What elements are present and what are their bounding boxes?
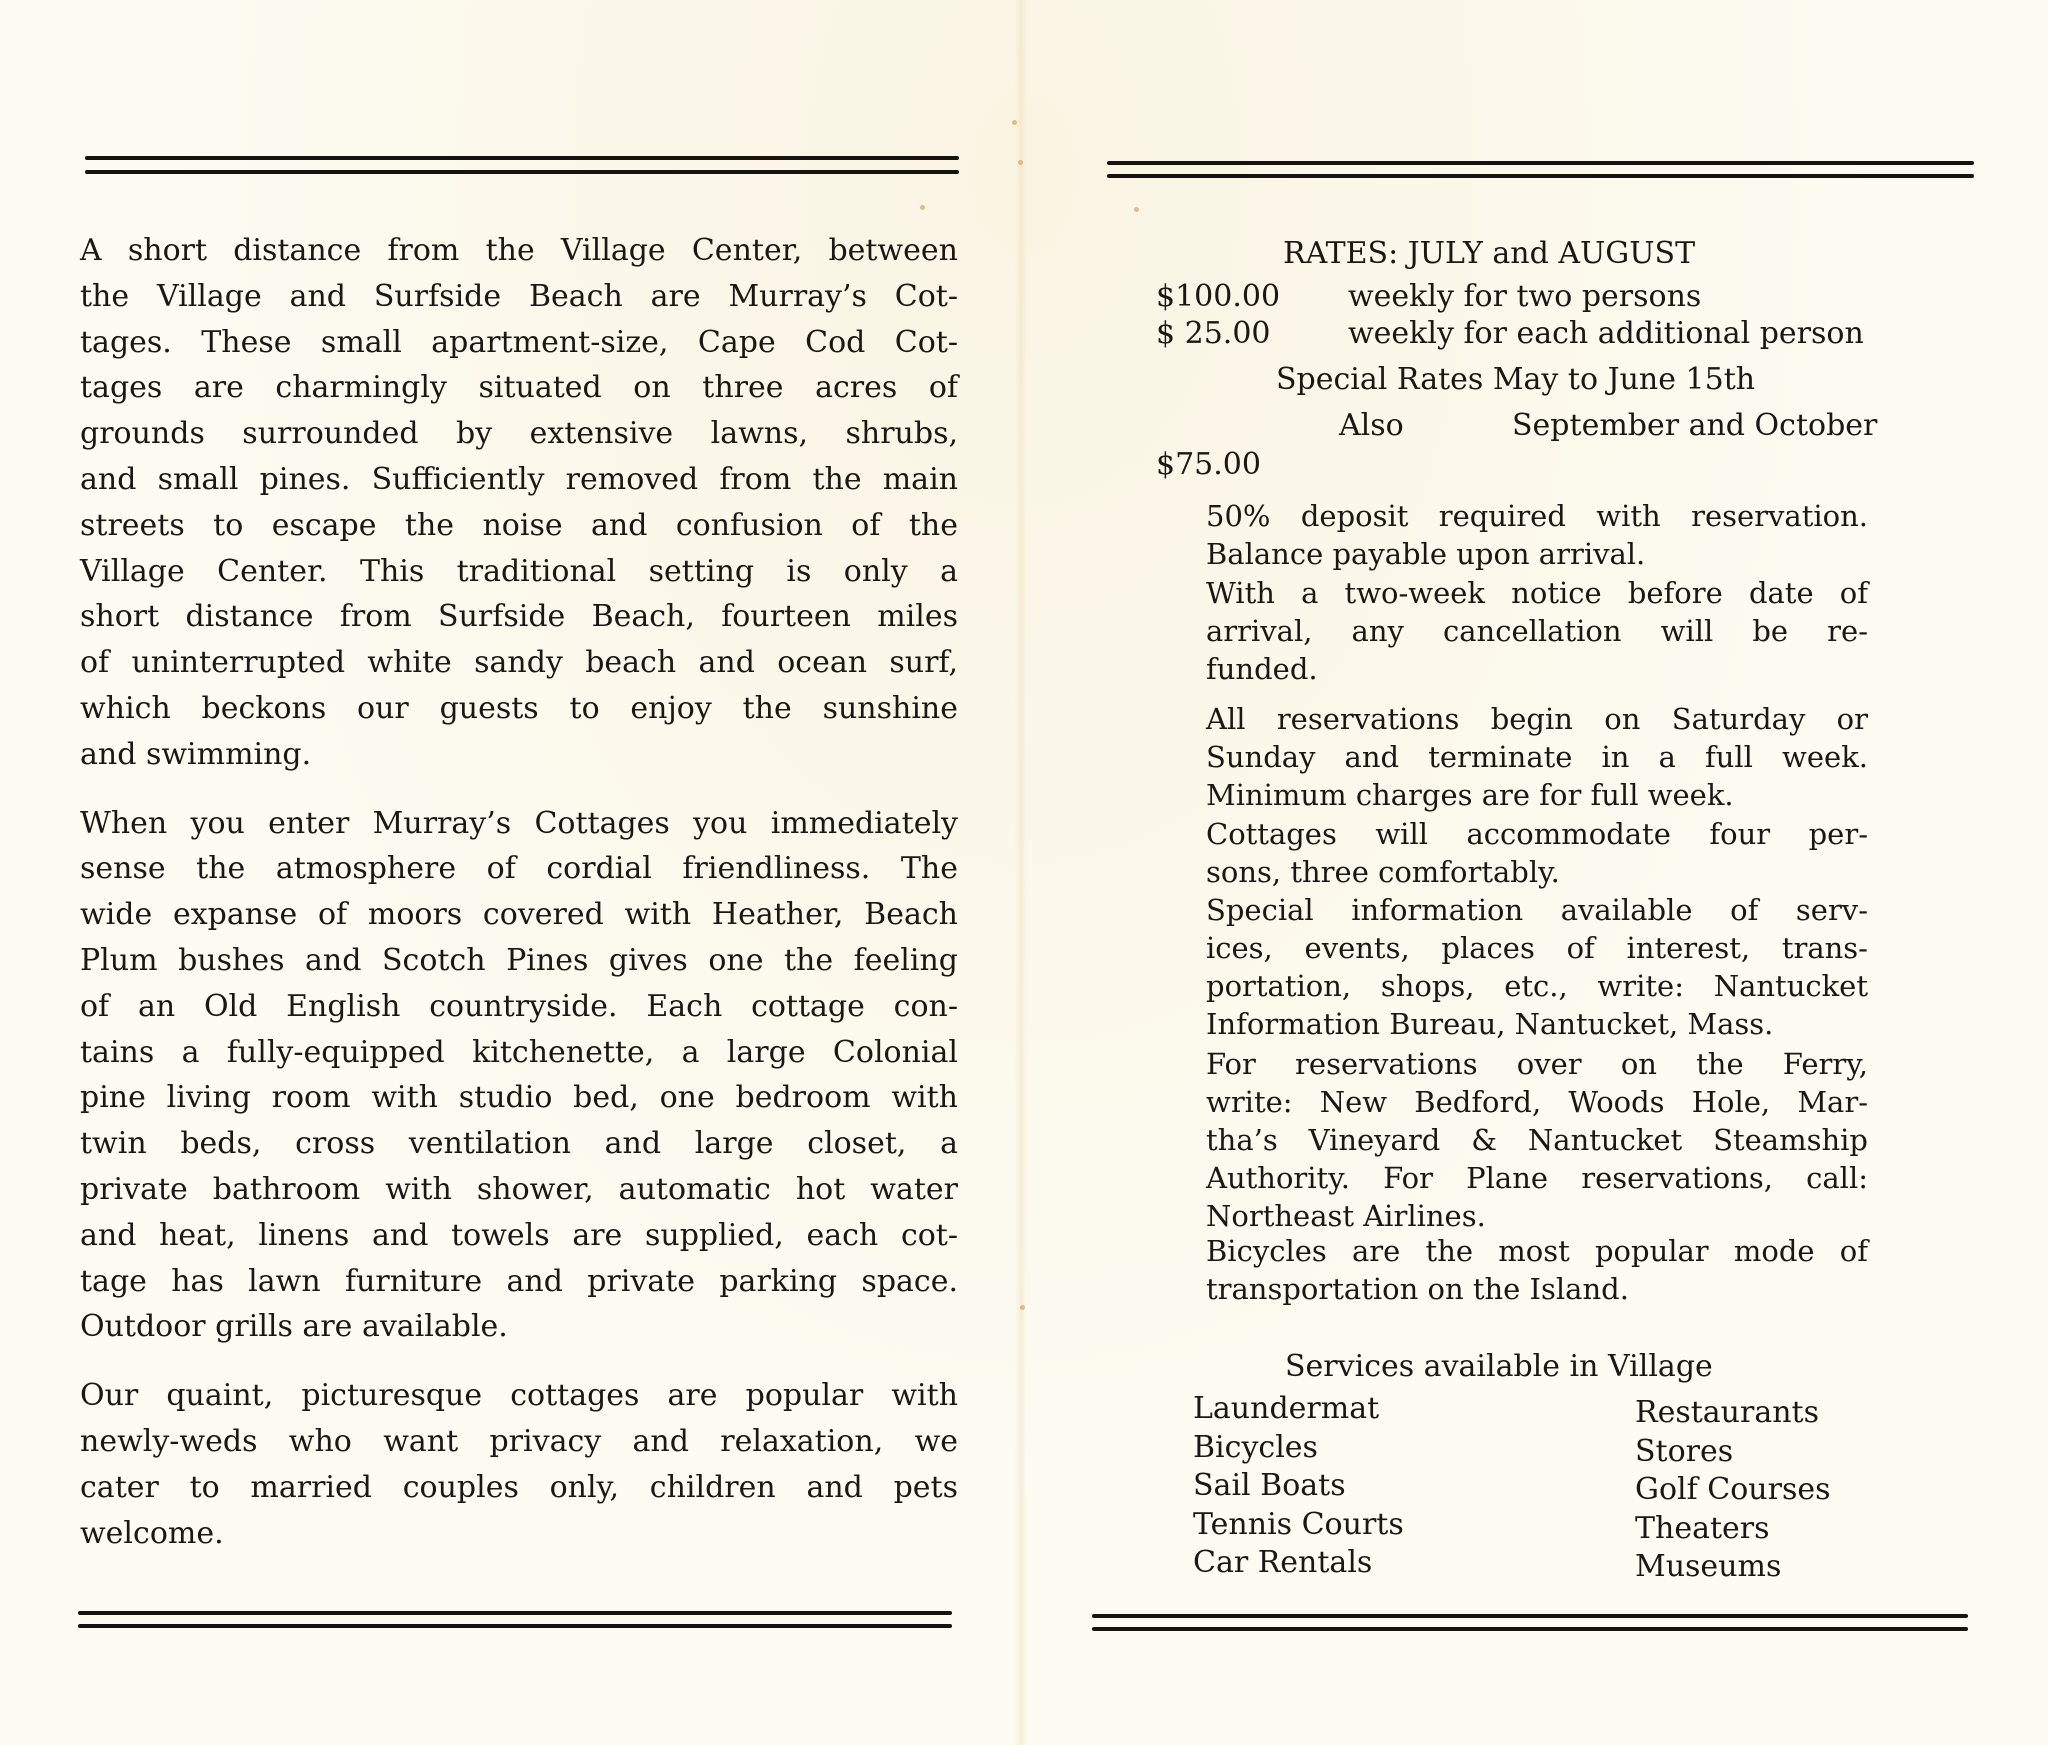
services-list-right: RestaurantsStoresGolf CoursesTheatersMus… [1635,1394,1830,1587]
top-rule-left-1 [85,156,959,160]
rate-price-1: $100.00 [1156,279,1280,314]
text-line: newly-weds who want privacy and relaxati… [80,1419,958,1465]
bottom-rule-right-2 [1092,1627,1968,1631]
service-item: Stores [1635,1433,1830,1472]
text-line: transportation on the Island. [1206,1270,1868,1308]
rate-description-2: weekly for each additional person [1348,316,1864,351]
text-line: arrival, any cancellation will be re- [1206,612,1868,650]
text-line: funded. [1206,650,1868,688]
info-paragraph: Bicycles are the most popular mode oftra… [1206,1232,1868,1308]
center-fold [1015,0,1027,1745]
text-line: Plum bushes and Scotch Pines gives one t… [80,938,958,984]
text-line: When you enter Murray’s Cottages you imm… [80,801,958,847]
rates-heading: RATES: JULY and AUGUST [1283,236,1695,271]
text-line: 50% deposit required with reservation. [1206,497,1868,535]
text-line: wide expanse of moors covered with Heath… [80,892,958,938]
service-item: Laundermat [1193,1390,1404,1429]
service-item: Sail Boats [1193,1467,1404,1506]
service-item: Car Rentals [1193,1544,1404,1583]
text-line: and swimming. [80,732,958,778]
info-paragraph: With a two-week notice before date ofarr… [1206,574,1868,688]
text-line: tages. These small apartment-size, Cape … [80,320,958,366]
text-line: With a two-week notice before date of [1206,574,1868,612]
service-item: Bicycles [1193,1429,1404,1468]
text-line: tage has lawn furniture and private park… [80,1259,958,1305]
text-line: of uninterrupted white sandy beach and o… [80,640,958,686]
text-line: A short distance from the Village Center… [80,228,958,274]
text-line: Bicycles are the most popular mode of [1206,1232,1868,1270]
text-line: write: New Bedford, Woods Hole, Mar- [1206,1083,1868,1121]
services-heading: Services available in Village [1285,1349,1713,1384]
body-paragraph: A short distance from the Village Center… [80,228,958,778]
text-line: twin beds, cross ventilation and large c… [80,1121,958,1167]
text-line: Information Bureau, Nantucket, Mass. [1206,1005,1868,1043]
service-item: Theaters [1635,1510,1830,1549]
body-paragraph: When you enter Murray’s Cottages you imm… [80,801,958,1351]
top-rule-right-1 [1107,161,1974,165]
paper-speck [1018,160,1023,165]
info-paragraph: All reservations begin on Saturday orSun… [1206,700,1868,814]
text-line: which beckons our guests to enjoy the su… [80,686,958,732]
text-line: cater to married couples only, children … [80,1465,958,1511]
also-label: Also [1339,408,1404,443]
text-line: Balance payable upon arrival. [1206,535,1868,573]
bottom-rule-left-2 [78,1624,952,1628]
text-line: short distance from Surfside Beach, four… [80,594,958,640]
also-months: September and October [1512,408,1877,443]
text-line: Special information available of serv- [1206,891,1868,929]
text-line: For reservations over on the Ferry, [1206,1045,1868,1083]
top-rule-left-2 [85,170,959,174]
paper-speck [1012,120,1017,125]
text-line: sons, three comfortably. [1206,853,1868,891]
text-line: Our quaint, picturesque cottages are pop… [80,1373,958,1419]
text-line: portation, shops, etc., write: Nantucket [1206,967,1868,1005]
info-paragraph: Special information available of serv-ic… [1206,891,1868,1043]
text-line: ices, events, places of interest, trans- [1206,929,1868,967]
text-line: private bathroom with shower, automatic … [80,1167,958,1213]
text-line: sense the atmosphere of cordial friendli… [80,846,958,892]
text-line: Village Center. This traditional setting… [80,549,958,595]
info-paragraph: 50% deposit required with reservation.Ba… [1206,497,1868,573]
paper-speck [920,205,925,210]
text-line: of an Old English countryside. Each cott… [80,984,958,1030]
text-line: Northeast Airlines. [1206,1197,1868,1235]
service-item: Golf Courses [1635,1471,1830,1510]
text-line: streets to escape the noise and confusio… [80,503,958,549]
text-line: Authority. For Plane reservations, call: [1206,1159,1868,1197]
service-item: Restaurants [1635,1394,1830,1433]
text-line: Sunday and terminate in a full week. [1206,738,1868,776]
text-line: the Village and Surfside Beach are Murra… [80,274,958,320]
bottom-rule-left-1 [78,1611,952,1615]
rate-description-1: weekly for two persons [1348,279,1701,314]
body-paragraph: Our quaint, picturesque cottages are pop… [80,1373,958,1556]
left-page-text: A short distance from the Village Center… [80,228,958,1579]
text-line: pine living room with studio bed, one be… [80,1075,958,1121]
text-line: All reservations begin on Saturday or [1206,700,1868,738]
text-line: grounds surrounded by extensive lawns, s… [80,411,958,457]
top-rule-right-2 [1107,174,1974,178]
text-line: tha’s Vineyard & Nantucket Steamship [1206,1121,1868,1159]
text-line: Cottages will accommodate four per- [1206,815,1868,853]
text-line: Outdoor grills are available. [80,1304,958,1350]
service-item: Tennis Courts [1193,1506,1404,1545]
info-paragraph: For reservations over on the Ferry,write… [1206,1045,1868,1235]
text-line: tains a fully-equipped kitchenette, a la… [80,1030,958,1076]
bottom-rule-right-1 [1092,1614,1968,1618]
text-line: and small pines. Sufficiently removed fr… [80,457,958,503]
paper-speck [1020,1305,1025,1310]
service-item: Museums [1635,1548,1830,1587]
text-line: Minimum charges are for full week. [1206,776,1868,814]
services-list-left: LaundermatBicyclesSail BoatsTennis Court… [1193,1390,1404,1583]
info-paragraph: Cottages will accommodate four per-sons,… [1206,815,1868,891]
text-line: tages are charmingly situated on three a… [80,365,958,411]
special-rates-heading: Special Rates May to June 15th [1276,362,1755,397]
special-price: $75.00 [1156,447,1261,482]
rate-price-2: $ 25.00 [1156,316,1271,351]
paper-speck [1134,207,1139,212]
text-line: welcome. [80,1511,958,1557]
text-line: and heat, linens and towels are supplied… [80,1213,958,1259]
